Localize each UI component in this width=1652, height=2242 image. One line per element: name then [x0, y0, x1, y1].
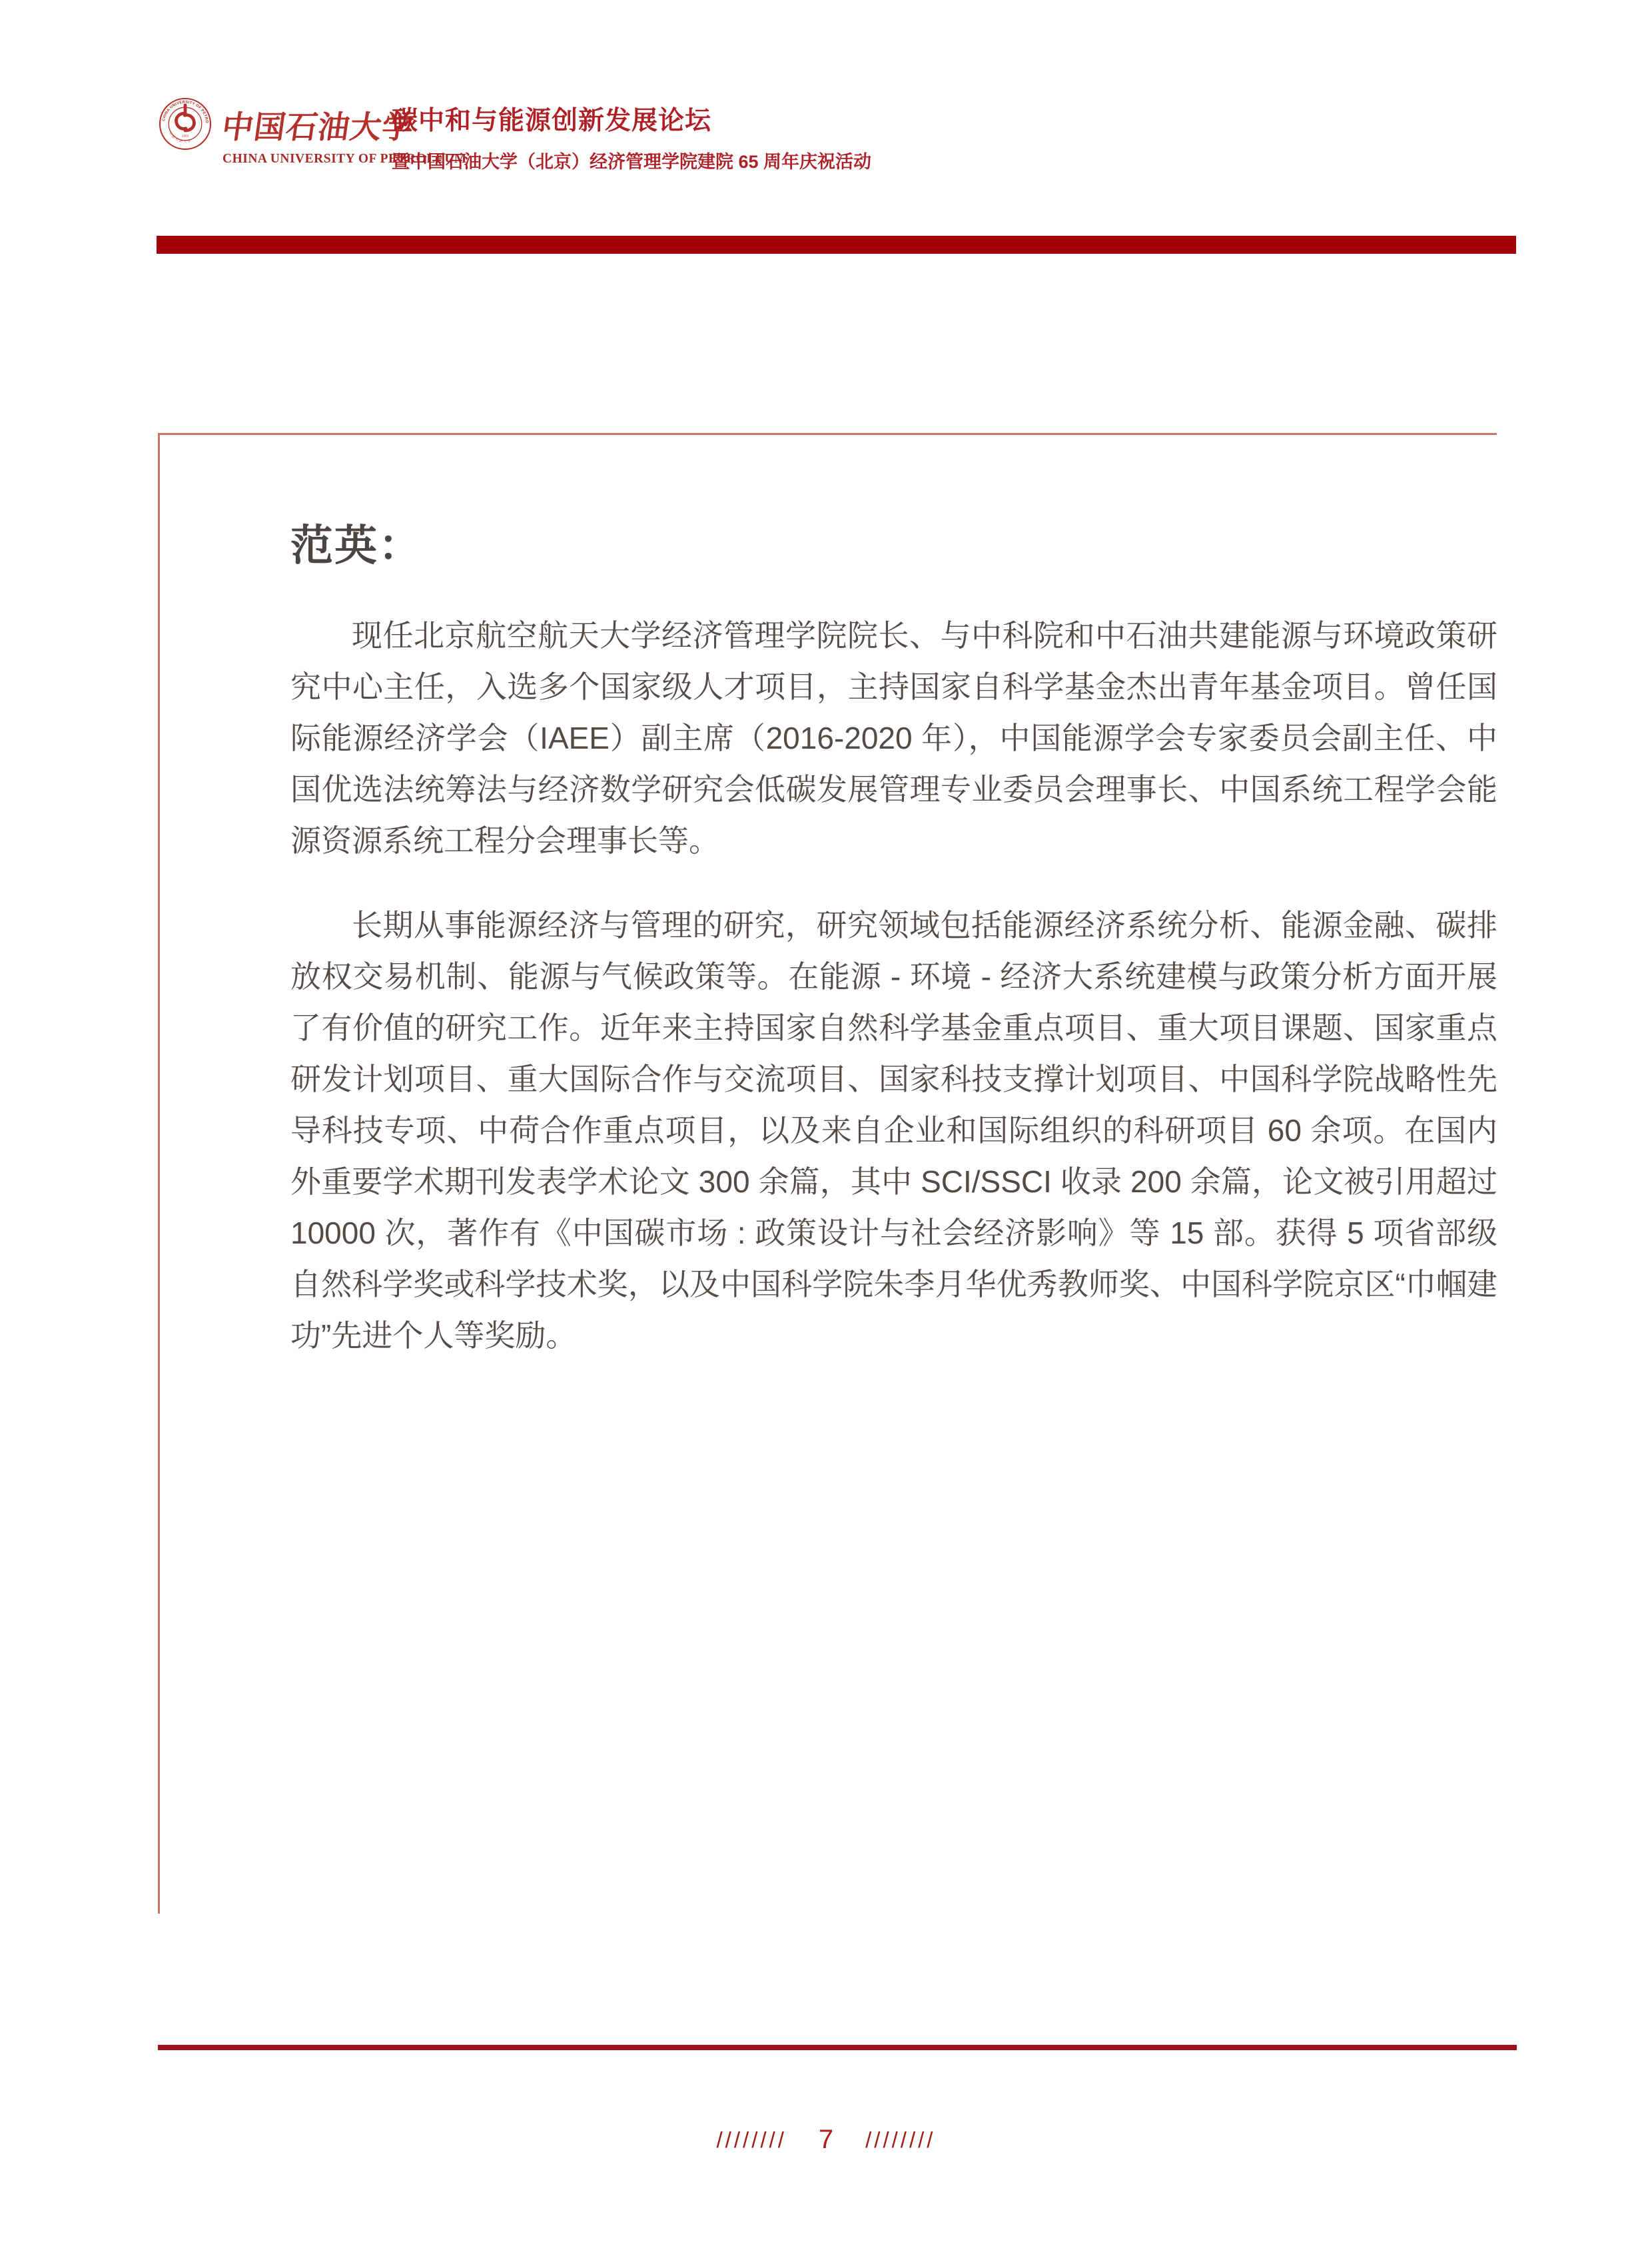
document-page: CHINA UNIVERSITY OF PETROLEUM 中国石油大学 195… [0, 0, 1652, 2242]
university-name-english: CHINA UNIVERSITY OF PETROLEUM [222, 152, 382, 167]
footer-divider-line [158, 2045, 1517, 2050]
header-divider-bar [157, 236, 1516, 254]
university-seal-icon: CHINA UNIVERSITY OF PETROLEUM 中国石油大学 195… [159, 97, 212, 151]
profile-paragraph-1: 现任北京航空航天大学经济管理学院院长、与中科院和中石油共建能源与环境政策研究中心… [290, 610, 1497, 867]
forum-title: 碳中和与能源创新发展论坛 [392, 100, 871, 137]
forum-title-block: 碳中和与能源创新发展论坛 暨中国石油大学（北京）经济管理学院建院 65 周年庆祝… [392, 100, 871, 173]
profile-section: 范英： 现任北京航空航天大学经济管理学院院长、与中科院和中石油共建能源与环境政策… [158, 433, 1497, 1914]
seal-year: 1953 [182, 135, 189, 139]
university-name-chinese: 中国石油大学 [219, 103, 385, 147]
page-footer: //////// 7 //////// [0, 2125, 1652, 2155]
forum-subtitle: 暨中国石油大学（北京）经济管理学院建院 65 周年庆祝活动 [392, 147, 871, 173]
profile-paragraph-2: 长期从事能源经济与管理的研究，研究领域包括能源经济系统分析、能源金融、碳排放权交… [290, 900, 1497, 1361]
university-logo-text: 中国石油大学 CHINA UNIVERSITY OF PETROLEUM [222, 103, 382, 167]
profile-name-heading: 范英： [290, 512, 1497, 573]
footer-ornament-left: //////// [717, 2127, 787, 2153]
page-number: 7 [819, 2125, 833, 2155]
footer-ornament-right: //////// [865, 2127, 935, 2153]
page-header: CHINA UNIVERSITY OF PETROLEUM 中国石油大学 195… [0, 0, 1652, 200]
